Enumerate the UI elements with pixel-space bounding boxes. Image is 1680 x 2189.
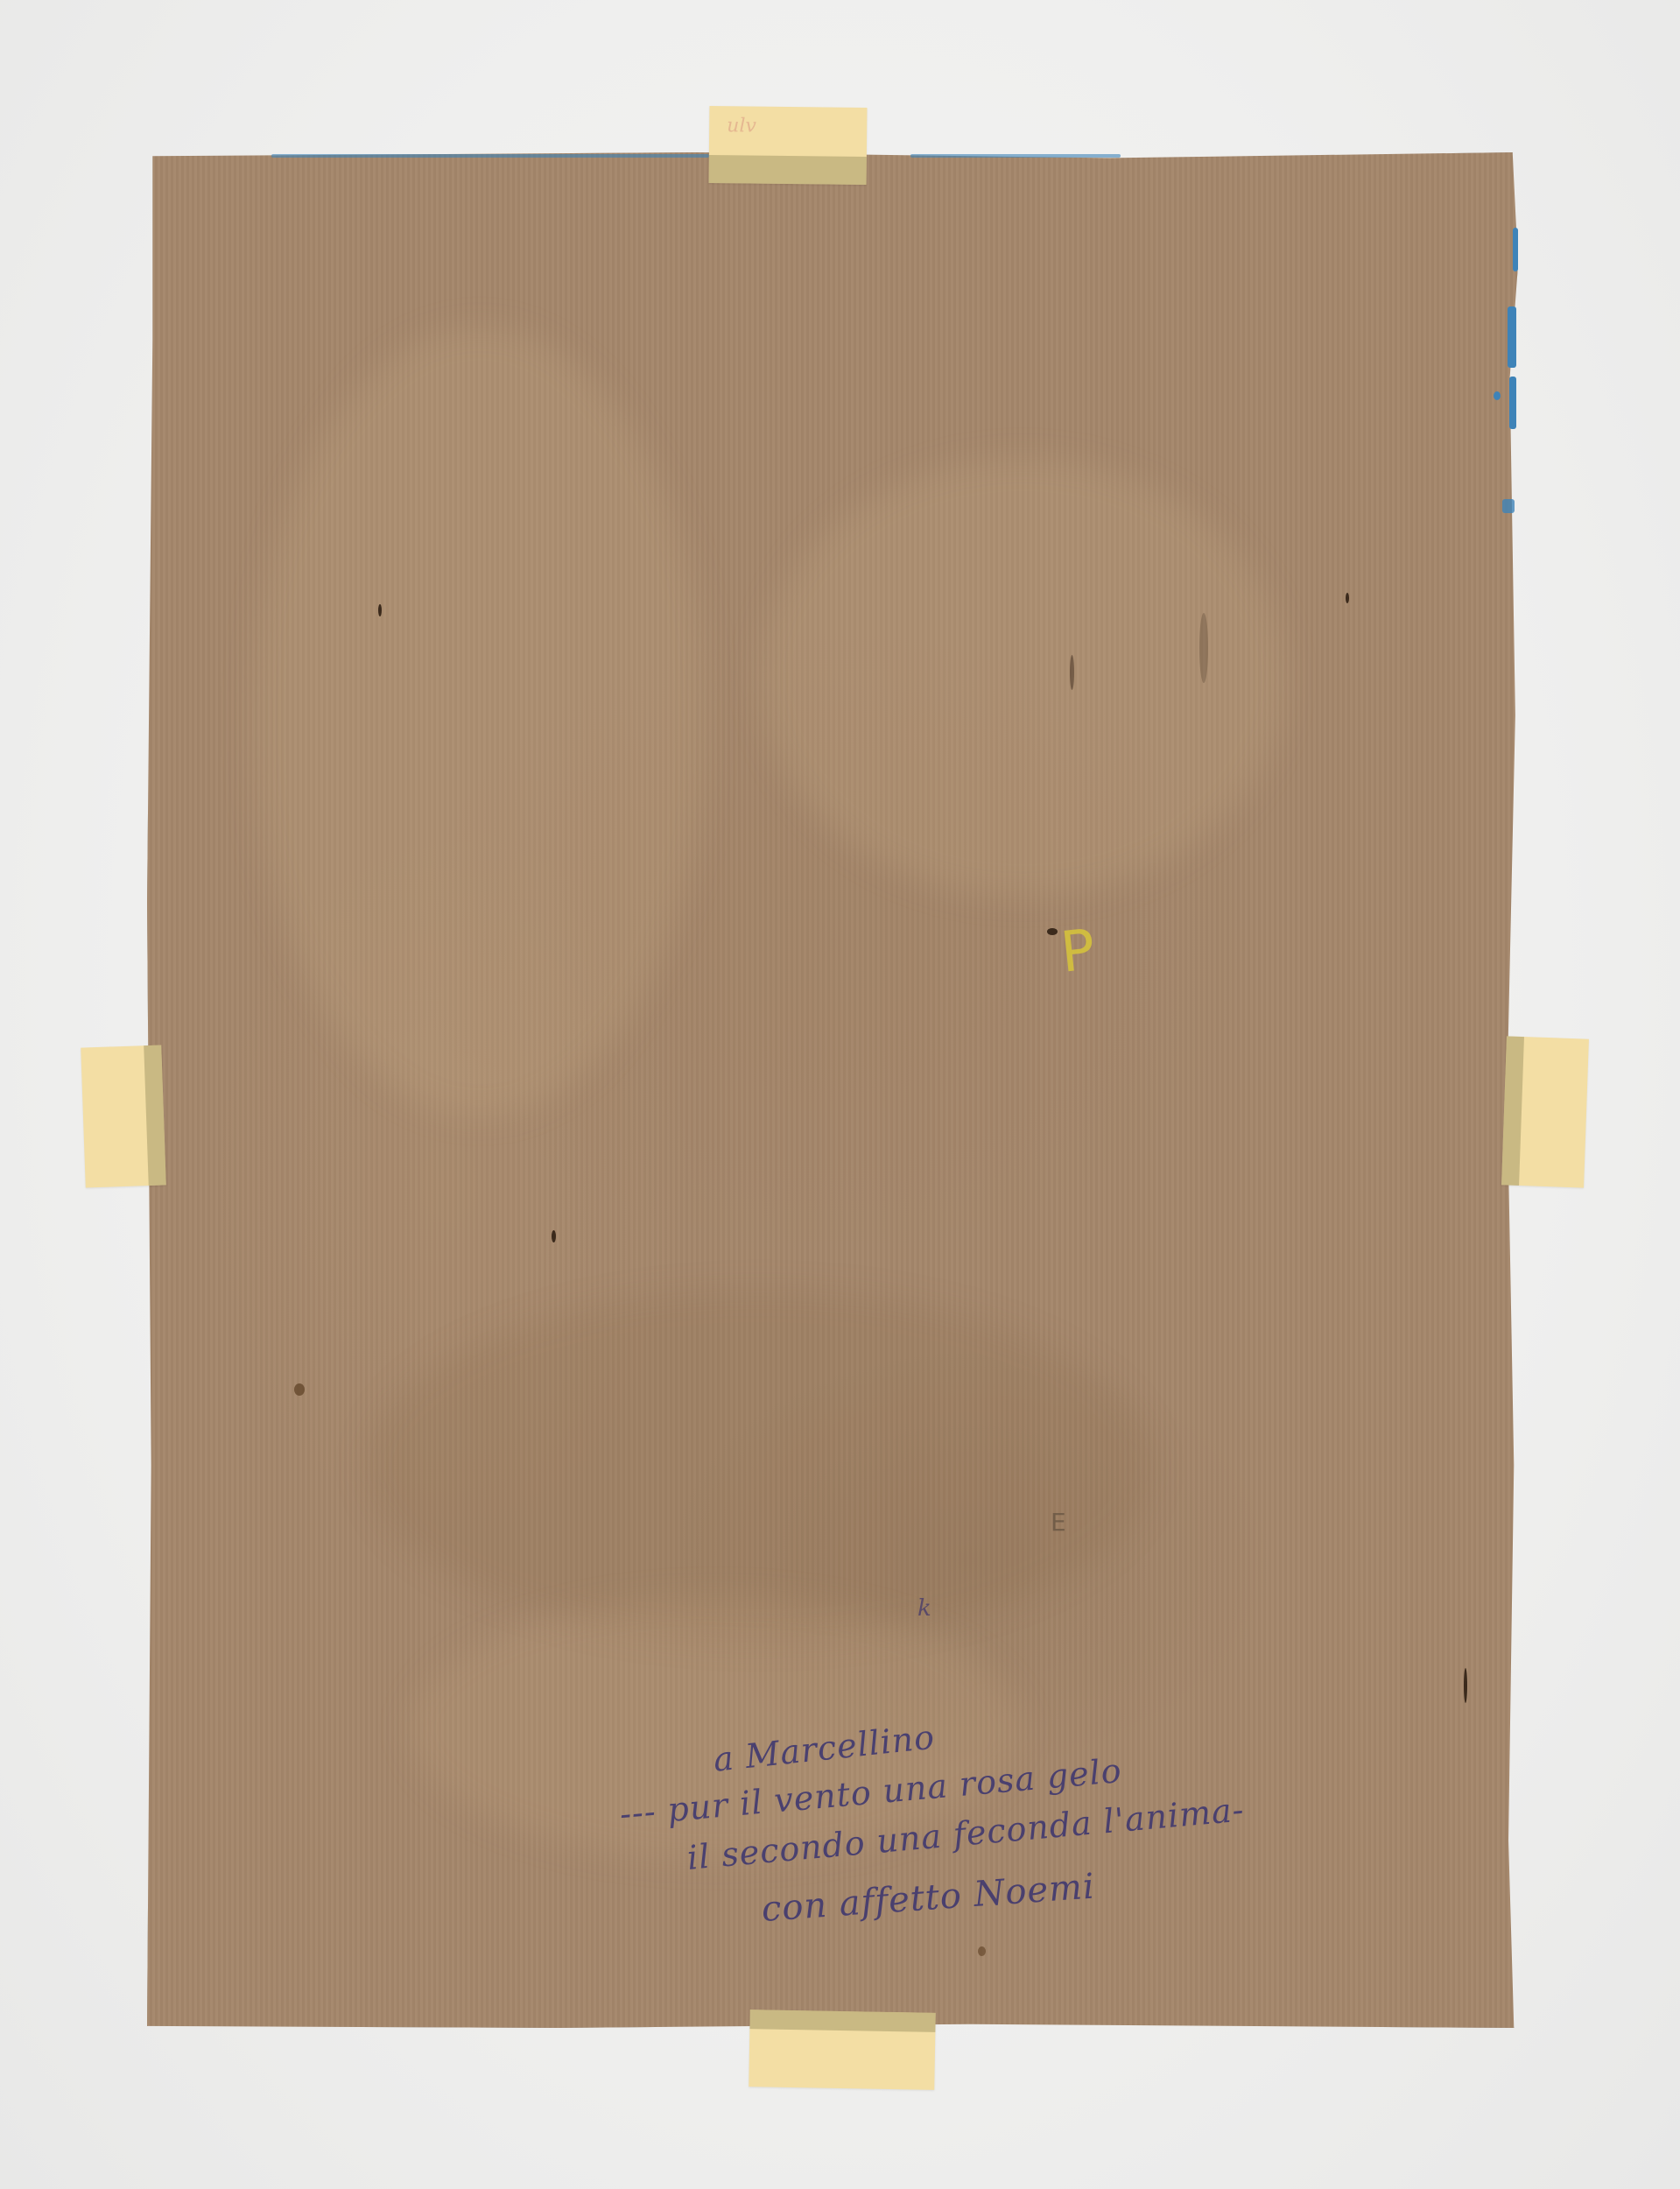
masking-tape-top: ulv: [709, 106, 868, 185]
blue-paint-top-edge: [271, 154, 709, 158]
paper-speck: [1464, 1668, 1467, 1703]
masking-tape-right: [1501, 1036, 1589, 1187]
small-ink-mark: k: [917, 1595, 931, 1622]
yellow-pencil-letter-p: P: [1058, 918, 1098, 986]
paper-sheen: [760, 459, 1285, 897]
masking-tape-left: [81, 1045, 166, 1187]
blue-paint-edge: [1502, 499, 1515, 513]
paper-speck: [1346, 593, 1349, 603]
paper-speck: [378, 604, 382, 616]
paper-speck: [1047, 928, 1058, 935]
paper-speck: [1070, 655, 1074, 690]
paper-smudge: [1199, 613, 1208, 683]
blue-paint-edge: [1513, 228, 1518, 271]
paper-sheen: [252, 327, 707, 1116]
tape-scribble: ulv: [727, 115, 756, 137]
blue-paint-top-edge: [910, 154, 1121, 158]
paper-speck: [552, 1230, 556, 1242]
paper-stain: [366, 1291, 1154, 1641]
paper-sheen: [410, 1597, 1023, 1860]
pencil-tally-mark: E: [1051, 1508, 1066, 1537]
blue-paint-edge: [1509, 377, 1516, 429]
kraft-paper-sheet: [147, 152, 1518, 2028]
paper-stain-dot: [294, 1383, 305, 1396]
blue-paint-dot: [1494, 391, 1501, 400]
masking-tape-bottom: [749, 2010, 936, 2090]
paper-stain-dot: [978, 1946, 986, 1956]
blue-paint-edge: [1508, 306, 1516, 368]
